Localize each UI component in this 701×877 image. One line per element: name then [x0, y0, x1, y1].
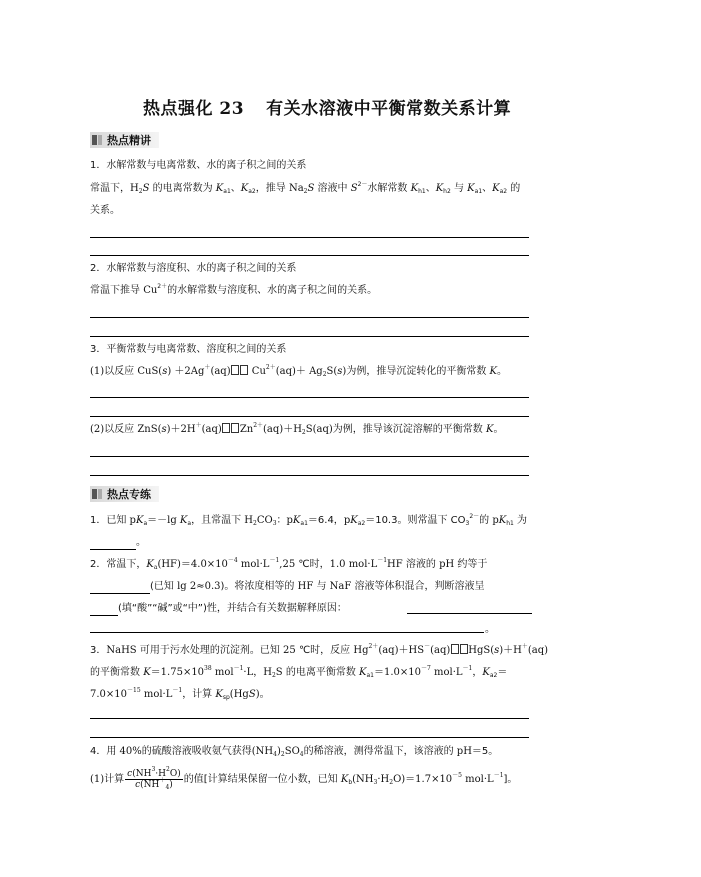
document-page: 热点强化 23有关水溶液中平衡常数关系计算 热点精讲 1．水解常数与电离常数、水…: [0, 0, 701, 877]
answer-line[interactable]: [90, 317, 529, 318]
answer-line[interactable]: [90, 718, 529, 719]
section-marker-icon: [98, 489, 102, 499]
section-label: 热点精讲: [107, 132, 151, 148]
zl-q2-line1: 2．常温下，Ka(HF)＝4.0×10－4 mol·L－1,25 ℃时，1.0 …: [90, 558, 487, 572]
section-header-jingjiang: 热点精讲: [90, 132, 159, 148]
equilibrium-arrow-icon: [231, 423, 239, 433]
section-label: 热点专练: [107, 486, 151, 502]
q2-heading: 2．水解常数与溶度积、水的离子积之间的关系: [90, 262, 296, 276]
q3-sub1: (1)以反应 CuS(s) ＋2Ag＋(aq) Cu2＋(aq)＋ Ag2S(s…: [90, 365, 507, 379]
q3-heading: 3．平衡常数与电离常数、溶度积之间的关系: [90, 343, 286, 357]
section-marker-icon: [92, 489, 97, 499]
zl-q1-line1: 1．已知 pKa＝－lg Ka，且常温下 H2CO3：pKa1＝6.4，pKa2…: [90, 514, 527, 528]
q1-body-line1: 常温下，H2S 的电离常数为 Ka1、Ka2，推导 Na2S 溶液中 S2－水解…: [90, 182, 520, 196]
section-marker-icon: [92, 135, 97, 145]
answer-line[interactable]: [90, 237, 529, 238]
q2-body: 常温下推导 Cu2＋的水解常数与溶度积、水的离子积之间的关系。: [90, 284, 377, 298]
title-text: 有关水溶液中平衡常数关系计算: [266, 99, 511, 119]
answer-line[interactable]: [90, 336, 529, 337]
q1-heading: 1．水解常数与电离常数、水的离子积之间的关系: [90, 159, 306, 173]
zl-q2-line3: (填“酸”“碱”或“中”)性，并结合有关数据解释原因：: [90, 602, 347, 616]
answer-line[interactable]: [90, 737, 529, 738]
answer-line[interactable]: [90, 255, 529, 256]
zl-q2-line2: (已知 lg 2≈0.3)。将浓度相等的 HF 与 NaF 溶液等体积混合，判断…: [90, 580, 485, 594]
zl-q1-answer: 。: [90, 536, 146, 550]
section-header-zhuanlian: 热点专练: [90, 486, 159, 502]
zl-q3-line1: 3．NaHS 可用于污水处理的沉淀剂。已知 25 ℃时，反应 Hg2＋(aq)＋…: [90, 644, 548, 658]
zl-q3-line3: 7.0×10－15 mol·L－1，计算 Ksp(HgS)。: [90, 688, 270, 702]
q1-body-line2: 关系。: [90, 204, 120, 218]
equilibrium-arrow-icon: [222, 423, 230, 433]
answer-line[interactable]: [90, 475, 529, 476]
equilibrium-arrow-icon: [451, 644, 459, 654]
page-title: 热点强化 23有关水溶液中平衡常数关系计算: [143, 94, 511, 119]
zl-q4-line1: 4．用 40%的硫酸溶液吸收氨气获得(NH4)2SO4的稀溶液，测得常温下，该溶…: [90, 745, 498, 759]
equilibrium-arrow-icon: [460, 644, 468, 654]
answer-blank[interactable]: [90, 604, 118, 616]
title-prefix: 热点强化 23: [143, 99, 244, 119]
answer-blank[interactable]: [90, 582, 150, 594]
q3-sub2: (2)以反应 ZnS(s)＋2H＋(aq)Zn2＋(aq)＋H2S(aq)为例，…: [90, 423, 503, 437]
zl-q3-line2: 的平衡常数 K＝1.75×1038 mol－1·L，H2S 的电离平衡常数 Ka…: [90, 666, 507, 680]
answer-line[interactable]: [407, 613, 532, 614]
answer-blank[interactable]: [90, 538, 136, 550]
answer-line[interactable]: [90, 632, 484, 633]
answer-line[interactable]: [90, 416, 529, 417]
equilibrium-arrow-icon: [240, 365, 248, 375]
fraction: c(NH3·H2O)c(NH＋4): [125, 769, 183, 790]
answer-line[interactable]: [90, 456, 529, 457]
section-marker-icon: [98, 135, 102, 145]
zl-q4-sub1: (1)计算c(NH3·H2O)c(NH＋4)的值[计算结果保留一位小数，已知 K…: [90, 766, 517, 794]
zl-q2-end: 。: [485, 623, 495, 637]
equilibrium-arrow-icon: [231, 365, 239, 375]
answer-line[interactable]: [90, 397, 529, 398]
